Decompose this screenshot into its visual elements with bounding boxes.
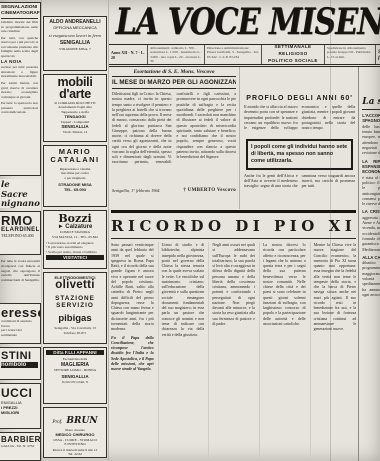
ad-fragment-eresse: eresse condizioni di assoluto favore per… xyxy=(0,303,41,343)
tagline: SETTIMANALE RELIGIOSO POLITICO SOCIALE xyxy=(262,45,325,64)
marzo-kicker: Esortazione di S. E. Mons. Vescovo xyxy=(112,69,236,77)
ricordo-columns: Sono passati venticinque anni da quel fe… xyxy=(111,239,356,461)
settimana-section-4: ALLA CAMERA è ripreso il dibattito sulla… xyxy=(362,255,380,297)
settimana-lead-3: LA CRISI DI CIPRO xyxy=(362,209,380,214)
appanni-line2: SETTORE UOMO - DONNA xyxy=(46,368,104,373)
stini-big-text: STINI xyxy=(1,350,38,362)
newspaper-front-page: SEGNALAZIONI CINEMATOGRAFICHE Giudizio m… xyxy=(0,0,380,461)
appanni-header-strip: Ditta F.LLI APPANNI xyxy=(46,350,104,355)
brun-tel: Tel. 42.62 xyxy=(46,452,104,457)
catalani-line3: e per maglieria xyxy=(46,176,104,181)
content-row: Esortazione di S. E. Mons. Vescovo IL ME… xyxy=(109,67,380,461)
ad-mobili-darte: mobili d'arte di CORRADO ROCCHETTI Arred… xyxy=(43,74,107,142)
brun-name: BRUN xyxy=(66,416,97,426)
stini-strip: nombolo xyxy=(1,362,38,368)
masthead-info-row: Anno XII - N. 7 - L. 20 Abbonamenti: ord… xyxy=(109,45,380,67)
newspaper-title: LA VOCE MISENA xyxy=(116,1,380,43)
ucci-line3: MIGLIORI xyxy=(1,410,38,415)
main-column: Esortazione di S. E. Mons. Vescovo IL ME… xyxy=(109,67,358,461)
marzo-signature-row: Senigallia, 1° febbraio 1964. † UMBERTO … xyxy=(112,188,236,193)
settimana-text-4: è ripreso il dibattito sulla programmazi… xyxy=(362,255,380,297)
ricordo-col-1-text: Sono passati venticinque anni da quel fe… xyxy=(111,242,154,332)
mobili-addr: Via R. Mastai, 14 xyxy=(46,130,104,135)
cinema-block-1: Per tutti, con qualche riserva per i più… xyxy=(1,36,38,59)
ad-fragment-ucci: UCCI ENIGALLIA I PREZZI MIGLIORI xyxy=(0,383,41,429)
ricordo-col-3: Negli anni oscuri nei quali si addensava… xyxy=(208,242,255,461)
andreanelli-line1: OFFICINA MECCANICA xyxy=(46,25,104,30)
mobili-big-line2: d'arte xyxy=(46,89,104,101)
ad-segnalazioni-cinematografiche: SEGNALAZIONI CINEMATOGRAFICHE Giudizio m… xyxy=(0,2,41,176)
cinema-film-title: LA NOIA xyxy=(1,59,38,64)
catalani-name-line2: CATALANI xyxy=(46,156,104,164)
olivetti-addr-2: Telefono 65.871 xyxy=(46,331,104,336)
issue-date: Sabato 15 febbraio 1964 xyxy=(376,45,380,64)
profilo-quote-box: I popoli come gli individui hanno sete d… xyxy=(246,139,353,170)
ad-mario-catalani: MARIO CATALANI Riparazione e vendita mac… xyxy=(43,145,107,207)
settimana-text-1: e la questione delle basi militari hanno… xyxy=(362,118,380,155)
tagline-line2: POLITICO SOCIALE xyxy=(264,58,322,64)
andreanelli-addr: STRADONE MISA, 7 xyxy=(46,47,104,52)
olivetti-logo-text: olivetti xyxy=(46,280,104,292)
profilo-body-top: Il mondo che si affaccia al nuovo decenn… xyxy=(244,104,355,136)
rmo-big-text: RMO xyxy=(1,214,38,227)
cinema-block-4: Per tutti: lo spettacolo non presenta pa… xyxy=(1,101,38,115)
marzo-dateline: Senigallia, 1° febbraio 1964. xyxy=(112,188,161,193)
ad-andreanelli: ALDO ANDREANELLI OFFICINA MECCANICA si e… xyxy=(43,16,107,71)
ad-fragment-barbieri: BARBIERI GALLIA - Tel. N. 4734 xyxy=(0,432,41,461)
main-region: LA VOCE MISENA Anno XII - N. 7 - L. 20 A… xyxy=(108,0,380,461)
cinema-intro: Giudizio morale dei film in programmazio… xyxy=(1,20,38,34)
gerenza-mid: Direzione e Amministrazione: Piazza Gari… xyxy=(205,45,262,64)
scan-fold-line-2 xyxy=(330,0,331,461)
left-rail-outer: SEGNALAZIONI CINEMATOGRAFICHE Giudizio m… xyxy=(0,0,41,461)
brun-line3: E INTESTINO xyxy=(46,442,104,447)
ucci-big-text: UCCI xyxy=(1,386,38,400)
eresse-big-text: eresse xyxy=(1,306,38,319)
brun-title-prefix: Prof. xyxy=(52,420,62,425)
sacre-line1: le Sacre xyxy=(1,181,39,200)
marzo-headline: IL MESE DI MARZO PER GLI AGONIZZANTI xyxy=(112,77,236,89)
appanni-addr: Portici Ercolani, 8 xyxy=(46,380,104,385)
ad-fragment-sacre: le Sacre nignano xyxy=(0,179,41,208)
ricordo-headline: RICORDO DI PIO XI xyxy=(111,215,356,239)
rail-a-misc-text: Per tutte le vostre necessità rivolgetev… xyxy=(0,258,41,300)
profilo-headline: PROFILO DEGLI ANNI 60' xyxy=(244,95,355,104)
andreanelli-script: si eseguiscono lavori in ferro xyxy=(46,33,104,39)
settimana-lead-1: L'ACCORDO CON GLI SPAGNOLI xyxy=(362,113,380,123)
ricordo-col-1: Sono passati venticinque anni da quel fe… xyxy=(111,242,154,461)
ricordo-col-1-bold: Fu il Papa della Conciliazione, che rico… xyxy=(111,335,154,372)
ad-olivetti-pibigas: ELETTRODOMESTICI olivetti STAZIONE SERVI… xyxy=(43,272,107,344)
marzo-body: Dilettissimi figli in Cristo: la Chiesa,… xyxy=(112,91,236,187)
settimana-text-2: è stata al centro del dibattito politico… xyxy=(362,175,380,206)
ad-prof-brun: Prof. BRUN libero docente MEDICO CHIRURG… xyxy=(43,407,107,458)
ricordo-col-5: Mentre la Chiesa vive la nuova stagione … xyxy=(310,242,357,461)
bozzi-addr: VIA MASTAI, 12 - TEL. 65.842 xyxy=(46,235,104,240)
cinema-block-2: escluso per tutti: presenta situazioni e… xyxy=(1,65,38,79)
settimana-text-3: si è aggravata negli ultimi giorni: Aten… xyxy=(362,209,380,251)
bozzi-name: Bozzi xyxy=(46,213,104,224)
eresse-line2: per i lettori del settimanale xyxy=(1,328,38,337)
gerenza-left: Abbonamenti: ordinario L. 700 - sostenit… xyxy=(148,45,205,64)
cinema-block-3: Per adulti maturi, con gravi riserve di … xyxy=(1,81,38,99)
gerenza-right: Spedizione in abbonamento postale Gruppo… xyxy=(325,45,376,64)
catalani-tel: TEL. 65.093 xyxy=(46,187,104,192)
pibigas-logo-text: pibigas xyxy=(46,314,104,324)
scan-fold-line-1 xyxy=(41,0,42,461)
article-mese-di-marzo: Esortazione di S. E. Mons. Vescovo IL ME… xyxy=(111,67,240,209)
sacre-line2: nignano xyxy=(1,200,39,209)
left-rail-inner: ALDO ANDREANELLI OFFICINA MECCANICA si e… xyxy=(41,0,108,461)
barbieri-line: GALLIA - Tel. N. 4734 xyxy=(1,444,38,449)
olivetti-servizio: SERVIZIO xyxy=(46,302,104,309)
tagline-line1: SETTIMANALE RELIGIOSO xyxy=(264,45,322,58)
barbieri-big-text: BARBIERI xyxy=(1,435,38,444)
ad-fragment-rmo: RMO ELARDINELLI TELEFONO 65.400 xyxy=(0,211,41,255)
ad-bozzi-calzature: Bozzi ► Calzature UOMO E SIGNORA VIA MAS… xyxy=(43,210,107,269)
settimana-section-2: LA RIPRESA DELLA ESPANSIONE ECONOMICA IT… xyxy=(362,159,380,207)
ad-fragment-stini: STINI nombolo xyxy=(0,347,41,380)
ad-fratelli-appanni: Ditta F.LLI APPANNI Esclusivista della M… xyxy=(43,347,107,404)
profilo-body-bottom: Anche fra le genti dell'Africa e dell'As… xyxy=(244,173,355,195)
settimana-section-3: LA CRISI DI CIPRO si è aggravata negli u… xyxy=(362,209,380,251)
settimana-headline: La settimana xyxy=(362,97,380,110)
top-articles: Esortazione di S. E. Mons. Vescovo IL ME… xyxy=(111,67,356,209)
marzo-signature: † UMBERTO Vescovo xyxy=(183,188,236,193)
article-profilo-anni-60: PROFILO DEGLI ANNI 60' Il mondo che si a… xyxy=(240,67,356,209)
masthead: LA VOCE MISENA xyxy=(109,0,380,45)
ricordo-col-4: La nostra diocesi lo ricorda con partico… xyxy=(259,242,306,461)
settimana-lead-2: LA RIPRESA DELLA ESPANSIONE ECONOMICA IT… xyxy=(362,159,380,175)
settimana-section-1: L'ACCORDO CON GLI SPAGNOLI e la question… xyxy=(362,113,380,156)
ricordo-col-2: Uomo di studio e di biblioteche, alpinis… xyxy=(158,242,205,461)
eresse-line1: condizioni di assoluto favore xyxy=(1,319,38,328)
marzo-body-col1: Dilettissimi figli in Cristo: la Chiesa,… xyxy=(112,91,172,159)
column-la-settimana: La settimana L'ACCORDO CON GLI SPAGNOLI … xyxy=(358,67,380,461)
section-divider-bar xyxy=(111,210,356,213)
cinema-header-line2: CINEMATOGRAFICHE xyxy=(1,11,38,17)
settimana-lead-4: ALLA CAMERA xyxy=(362,255,380,260)
rmo-phone: TELEFONO 65.400 xyxy=(1,233,38,238)
issue-number: Anno XII - N. 7 - L. 20 xyxy=(109,45,148,64)
olivetti-stazione: STAZIONE xyxy=(46,295,104,302)
bozzi-bullet-3: • Scelta per uomo, donna e bambino xyxy=(46,250,104,255)
bozzi-visitateci-strip: VISITATECI xyxy=(46,255,104,260)
